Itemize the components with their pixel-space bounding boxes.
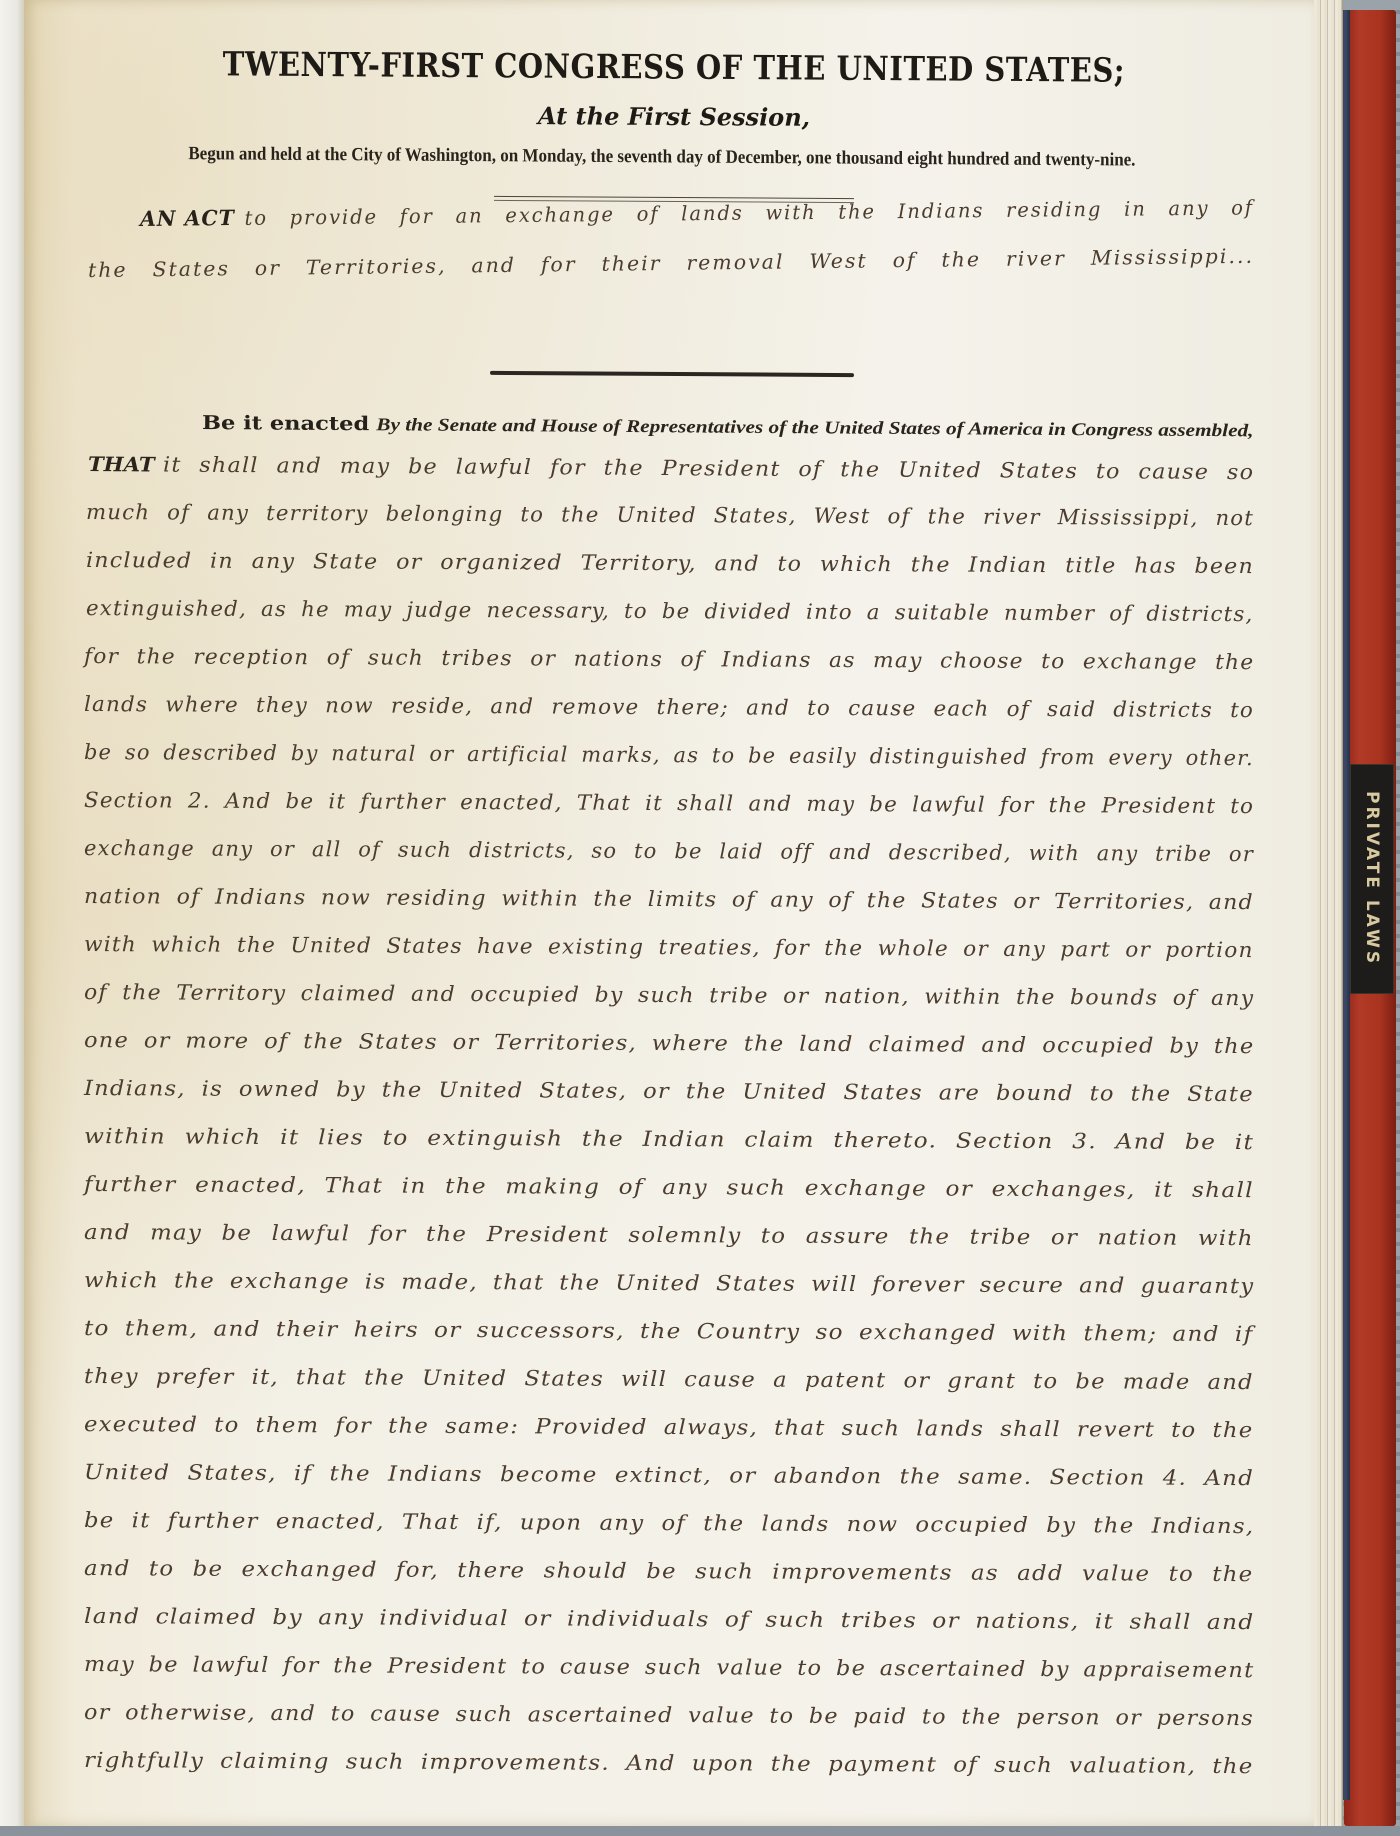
body-text: and may be lawful for the President sole… (84, 1220, 1254, 1250)
body-text: may be lawful for the President to cause… (84, 1652, 1255, 1682)
body-line-20: they prefer it, that the United States w… (84, 1364, 1254, 1394)
body-line-9: exchange any or all of such districts, s… (84, 836, 1254, 866)
body-line-18: which the exchange is made, that the Uni… (84, 1268, 1255, 1298)
spine-label: PRIVATE LAWS (1350, 764, 1394, 994)
body-line-4: extinguished, as he may judge necessary,… (86, 596, 1254, 626)
enacting-clause-lead: Be it enacted (202, 412, 369, 435)
body-line-7: be so described by natural or artificial… (84, 740, 1254, 770)
body-text: or otherwise, and to cause such ascertai… (84, 1700, 1254, 1730)
begun-line: Begun and held at the City of Washington… (92, 142, 1232, 172)
body-text: within which it lies to extinguish the I… (84, 1124, 1254, 1154)
body-line-3: included in any State or organized Terri… (86, 548, 1254, 578)
body-text: they prefer it, that the United States w… (84, 1364, 1254, 1394)
document-content: TWENTY-FIRST CONGRESS OF THE UNITED STAT… (24, 0, 1314, 1826)
body-text: to them, and their heirs or successors, … (84, 1316, 1254, 1346)
body-line-23: be it further enacted, That if, upon any… (84, 1508, 1254, 1538)
act-title-text-1: to provide for an exchange of lands with… (244, 195, 1254, 230)
body-line-5: for the reception of such tribes or nati… (84, 644, 1255, 674)
session-heading: At the First Session, (464, 101, 884, 133)
body-line-1: THATit shall and may be lawful for the P… (88, 452, 1254, 484)
body-text: of the Territory claimed and occupied by… (84, 980, 1254, 1010)
act-title-line-2: the States or Territories, and for their… (88, 244, 1254, 282)
body-line-11: with which the United States have existi… (84, 932, 1254, 962)
body-line-22: United States, if the Indians become ext… (84, 1460, 1254, 1490)
body-text: and to be exchanged for, there should be… (84, 1556, 1254, 1586)
body-text: included in any State or organized Terri… (86, 548, 1254, 578)
thick-rule-divider (490, 371, 854, 377)
body-line-26: may be lawful for the President to cause… (84, 1652, 1255, 1682)
body-line-28: rightfully claiming such improvements. A… (84, 1748, 1254, 1778)
body-text: it shall and may be lawful for the Presi… (163, 453, 1254, 485)
body-line-12: of the Territory claimed and occupied by… (84, 980, 1254, 1010)
bottom-surface (0, 1826, 1400, 1836)
body-line-16: further enacted, That in the making of a… (84, 1172, 1254, 1202)
body-text: land claimed by any individual or indivi… (84, 1604, 1255, 1634)
body-line-24: and to be exchanged for, there should be… (84, 1556, 1254, 1586)
body-text: for the reception of such tribes or nati… (84, 644, 1255, 674)
body-text: with which the United States have existi… (84, 932, 1254, 962)
body-line-15: within which it lies to extinguish the I… (84, 1124, 1254, 1154)
body-line-10: nation of Indians now residing within th… (84, 884, 1254, 914)
act-title-line-1: AN ACTto provide for an exchange of land… (140, 194, 1254, 231)
body-text: Indians, is owned by the United States, … (84, 1076, 1254, 1106)
body-text: much of any territory belonging to the U… (86, 500, 1254, 530)
enacting-clause-text: By the Senate and House of Representativ… (376, 414, 1253, 440)
body-text: which the exchange is made, that the Uni… (84, 1268, 1255, 1298)
spine-label-text: PRIVATE LAWS (1362, 791, 1382, 966)
page-title: TWENTY-FIRST CONGRESS OF THE UNITED STAT… (174, 44, 1174, 90)
body-line-2: much of any territory belonging to the U… (86, 500, 1254, 530)
body-text: lands where they now reside, and remove … (84, 692, 1254, 722)
body-text: exchange any or all of such districts, s… (84, 836, 1254, 866)
body-line-6: lands where they now reside, and remove … (84, 692, 1254, 722)
body-line-14: Indians, is owned by the United States, … (84, 1076, 1254, 1106)
document-page: TWENTY-FIRST CONGRESS OF THE UNITED STAT… (24, 0, 1314, 1828)
page-edges (1310, 0, 1343, 1826)
body-line-25: land claimed by any individual or indivi… (84, 1604, 1255, 1634)
act-lead: AN ACT (140, 205, 235, 231)
body-text: be it further enacted, That if, upon any… (84, 1508, 1254, 1538)
body-line-21: executed to them for the same: Provided … (84, 1412, 1254, 1442)
enacting-clause: Be it enactedBy the Senate and House of … (202, 412, 1254, 441)
body-text: Section 2. And be it further enacted, Th… (84, 788, 1254, 818)
body-line-17: and may be lawful for the President sole… (84, 1220, 1254, 1250)
body-lead: THAT (88, 452, 155, 476)
body-line-13: one or more of the States or Territories… (84, 1028, 1255, 1058)
body-text: rightfully claiming such improvements. A… (84, 1748, 1254, 1778)
body-line-19: to them, and their heirs or successors, … (84, 1316, 1254, 1346)
body-text: be so described by natural or artificial… (84, 740, 1254, 770)
body-text: executed to them for the same: Provided … (84, 1412, 1254, 1442)
act-title-text-2: the States or Territories, and for their… (88, 244, 1254, 282)
body-text: further enacted, That in the making of a… (84, 1172, 1254, 1202)
body-text: one or more of the States or Territories… (84, 1028, 1255, 1058)
body-line-8: Section 2. And be it further enacted, Th… (84, 788, 1254, 818)
body-text: extinguished, as he may judge necessary,… (86, 596, 1254, 626)
body-text: nation of Indians now residing within th… (84, 884, 1254, 914)
body-text: United States, if the Indians become ext… (84, 1460, 1254, 1490)
body-line-27: or otherwise, and to cause such ascertai… (84, 1700, 1254, 1730)
